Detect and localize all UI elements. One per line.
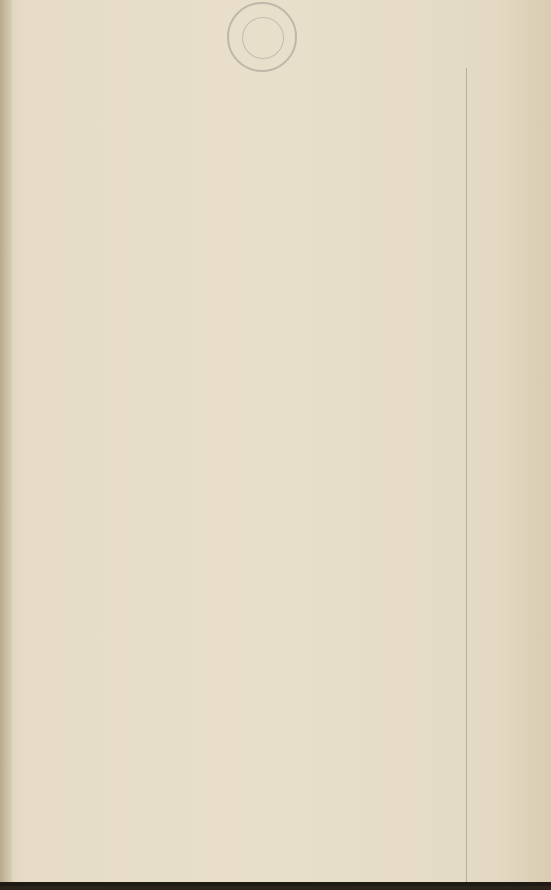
archive-stamp-inner-ring	[242, 17, 284, 59]
archive-stamp	[227, 2, 297, 72]
page-bottom-edge	[0, 882, 551, 886]
margin-line	[466, 68, 467, 886]
page-binding-edge	[0, 0, 12, 886]
ledger-page	[0, 0, 551, 886]
